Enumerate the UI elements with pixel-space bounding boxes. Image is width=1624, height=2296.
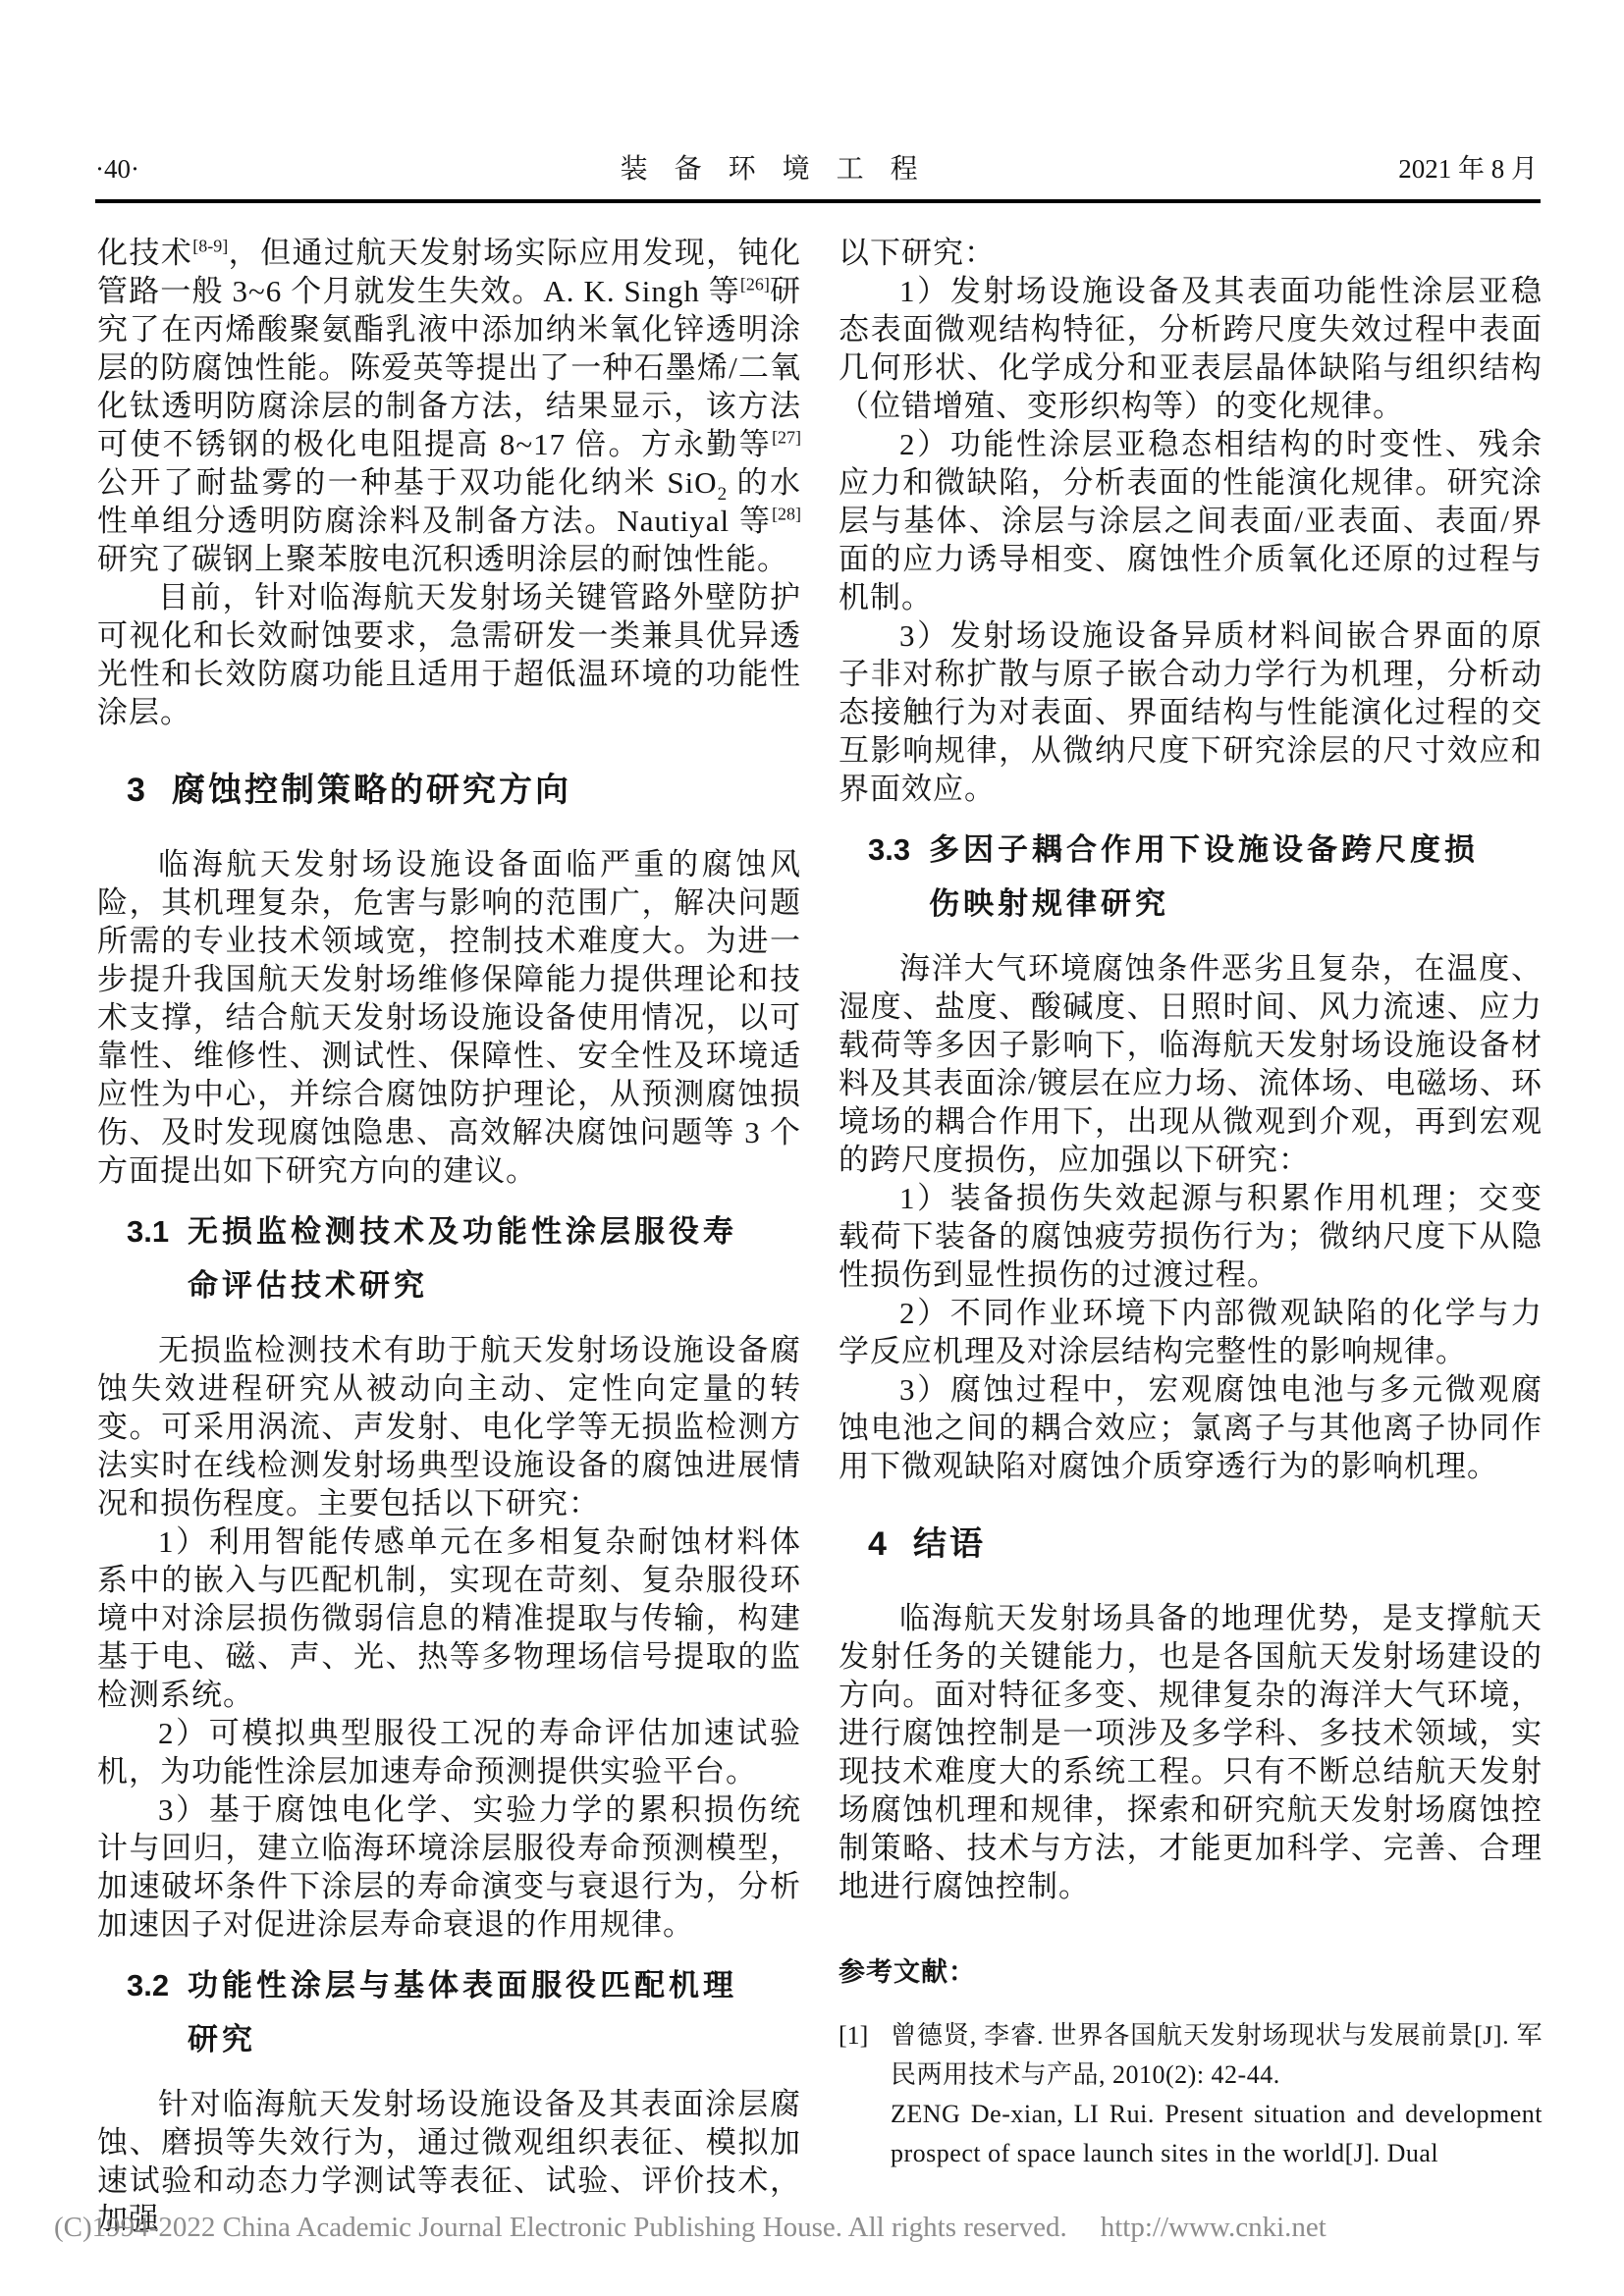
list-item-paragraph: 1）装备损伤失效起源与积累作用机理；交变载荷下装备的腐蚀疲劳损伤行为；微纳尺度下… — [839, 1179, 1543, 1294]
list-item-paragraph: 3）腐蚀过程中，宏观腐蚀电池与多元微观腐蚀电池之间的耦合效应；氯离子与其他离子协… — [839, 1370, 1543, 1485]
section-number: 3.2 — [127, 1958, 188, 2066]
journal-title: 装备环境工程 — [621, 147, 945, 187]
reference-body: 曾德贤, 李睿. 世界各国航天发射场现状与发展前景[J]. 军民两用技术与产品,… — [891, 2016, 1543, 2173]
section-heading-3: 3 腐蚀控制策略的研究方向 — [97, 762, 801, 819]
page-header: ·40· 装备环境工程 2021 年 8 月 — [95, 147, 1538, 187]
reference-text-en: ZENG De-xian, LI Rui. Present situation … — [891, 2095, 1543, 2173]
section-number: 4 — [868, 1516, 913, 1573]
section-number: 3.3 — [868, 823, 929, 931]
section-title: 结语 — [913, 1516, 986, 1573]
section-number: 3.1 — [127, 1204, 188, 1312]
paragraph: 临海航天发射场设施设备面临严重的腐蚀风险，其机理复杂，危害与影响的范围广，解决问… — [97, 845, 801, 1190]
paragraph: 无损监检测技术有助于航天发射场设施设备腐蚀失效进程研究从被动向主动、定性向定量的… — [97, 1331, 801, 1522]
paragraph-continuation: 化技术[8-9]，但通过航天发射场实际应用发现，钝化管路一般 3~6 个月就发生… — [97, 234, 801, 578]
section-heading-3-1: 3.1 无损监检测技术及功能性涂层服役寿命评估技术研究 — [97, 1204, 801, 1312]
section-title: 功能性涂层与基体表面服役匹配机理研究 — [188, 1958, 765, 2066]
page-footer: (C)1994-2022 China Academic Journal Elec… — [54, 2212, 1326, 2244]
issue-date: 2021 年 8 月 — [1398, 147, 1538, 186]
references-heading: 参考文献： — [839, 1950, 1543, 1989]
journal-page: ·40· 装备环境工程 2021 年 8 月 化技术[8-9]，但通过航天发射场… — [0, 0, 1624, 2296]
paragraph: 临海航天发射场具备的地理优势，是支撑航天发射任务的关键能力，也是各国航天发射场建… — [839, 1599, 1543, 1905]
copyright-text: (C)1994-2022 China Academic Journal Elec… — [54, 2212, 1067, 2244]
reference-text-zh: 曾德贤, 李睿. 世界各国航天发射场现状与发展前景[J]. 军民两用技术与产品,… — [891, 2016, 1543, 2095]
list-item-paragraph: 3）发射场设施设备异质材料间嵌合界面的原子非对称扩散与原子嵌合动力学行为机理，分… — [839, 616, 1543, 808]
section-title: 无损监检测技术及功能性涂层服役寿命评估技术研究 — [188, 1204, 765, 1312]
right-column: 以下研究： 1）发射场设施设备及其表面功能性涂层亚稳态表面微观结构特征，分析跨尺… — [839, 234, 1543, 2173]
section-number: 3 — [127, 762, 172, 819]
section-heading-4: 4 结语 — [839, 1516, 1543, 1573]
section-title: 多因子耦合作用下设施设备跨尺度损伤映射规律研究 — [929, 823, 1506, 931]
reference-label: [1] — [839, 2016, 891, 2173]
page-number: ·40· — [95, 154, 139, 185]
list-item-paragraph: 1）利用智能传感单元在多相复杂耐蚀材料体系中的嵌入与匹配机制，实现在苛刻、复杂服… — [97, 1522, 801, 1714]
paragraph: 海洋大气环境腐蚀条件恶劣且复杂，在温度、湿度、盐度、酸碱度、日照时间、风力流速、… — [839, 949, 1543, 1179]
list-item-paragraph: 2）不同作业环境下内部微观缺陷的化学与力学反应机理及对涂层结构完整性的影响规律。 — [839, 1294, 1543, 1370]
list-item-paragraph: 3）基于腐蚀电化学、实验力学的累积损伤统计与回归，建立临海环境涂层服役寿命预测模… — [97, 1790, 801, 1944]
list-item-paragraph: 2）功能性涂层亚稳态相结构的时变性、残余应力和微缺陷，分析表面的性能演化规律。研… — [839, 425, 1543, 616]
section-heading-3-3: 3.3 多因子耦合作用下设施设备跨尺度损伤映射规律研究 — [839, 823, 1543, 931]
list-item-paragraph: 2）可模拟典型服役工况的寿命评估加速试验机，为功能性涂层加速寿命预测提供实验平台… — [97, 1714, 801, 1790]
left-column: 化技术[8-9]，但通过航天发射场实际应用发现，钝化管路一般 3~6 个月就发生… — [97, 234, 801, 2238]
section-title: 腐蚀控制策略的研究方向 — [172, 762, 571, 819]
section-heading-3-2: 3.2 功能性涂层与基体表面服役匹配机理研究 — [97, 1958, 801, 2066]
list-item-paragraph: 1）发射场设施设备及其表面功能性涂层亚稳态表面微观结构特征，分析跨尺度失效过程中… — [839, 272, 1543, 425]
cnki-url: http://www.cnki.net — [1101, 2212, 1326, 2244]
paragraph-continuation: 以下研究： — [839, 234, 1543, 272]
header-rule — [95, 199, 1541, 203]
reference-item: [1] 曾德贤, 李睿. 世界各国航天发射场现状与发展前景[J]. 军民两用技术… — [839, 2016, 1543, 2173]
paragraph: 目前，针对临海航天发射场关键管路外壁防护可视化和长效耐蚀要求，急需研发一类兼具优… — [97, 578, 801, 731]
